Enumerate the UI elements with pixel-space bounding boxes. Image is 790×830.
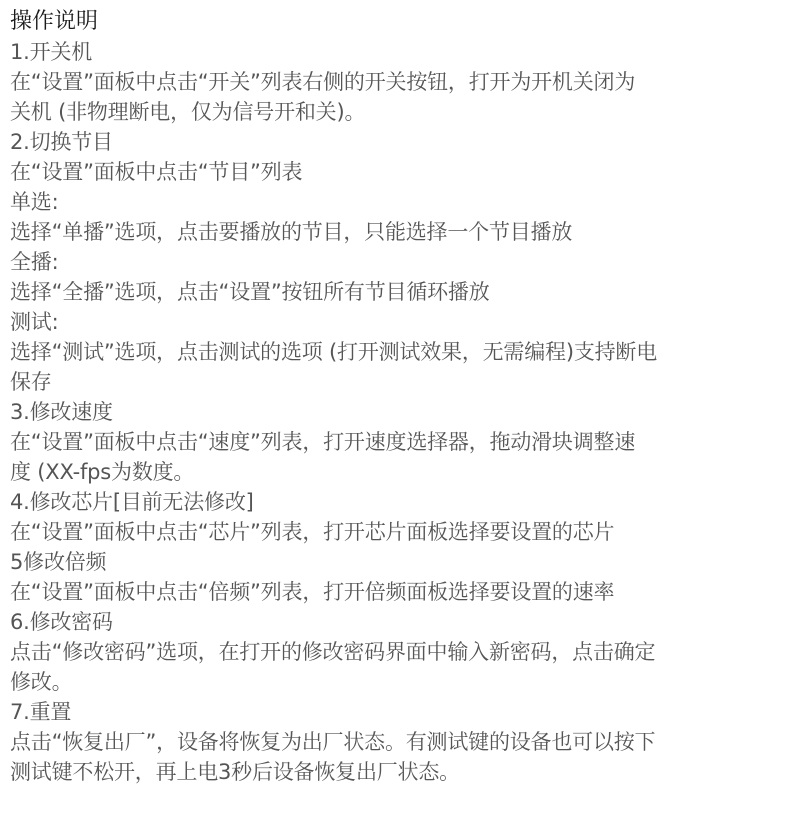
section-heading: 4.修改芯片[目前无法修改] bbox=[10, 487, 785, 517]
section-heading: 6.修改密码 bbox=[10, 607, 785, 637]
section-text: 在“设置”面板中点击“速度”列表，打开速度选择器，拖动滑块调整速 bbox=[10, 427, 785, 457]
section-text: 度 (XX-fps为数度。 bbox=[10, 457, 785, 487]
section-text: 修改。 bbox=[10, 667, 785, 697]
section-text: 选择“测试”选项，点击测试的选项 (打开测试效果，无需编程)支持断电 bbox=[10, 337, 785, 367]
section-text: 选择“全播”选项，点击“设置”按钮所有节目循环播放 bbox=[10, 277, 785, 307]
section-text: 保存 bbox=[10, 367, 785, 397]
section-heading: 3.修改速度 bbox=[10, 397, 785, 427]
section-heading: 5修改倍频 bbox=[10, 547, 785, 577]
section-text: 在“设置”面板中点击“倍频”列表，打开倍频面板选择要设置的速率 bbox=[10, 577, 785, 607]
section-text: 在“设置”面板中点击“芯片”列表，打开芯片面板选择要设置的芯片 bbox=[10, 517, 785, 547]
section-text: 测试: bbox=[10, 307, 785, 337]
section-change-speed: 3.修改速度 在“设置”面板中点击“速度”列表，打开速度选择器，拖动滑块调整速 … bbox=[10, 397, 785, 487]
section-text: 单选: bbox=[10, 187, 785, 217]
section-heading: 2.切换节目 bbox=[10, 127, 785, 157]
document-title: 操作说明 bbox=[10, 7, 785, 37]
section-text: 选择“单播”选项，点击要播放的节目，只能选择一个节目播放 bbox=[10, 217, 785, 247]
section-change-password: 6.修改密码 点击“修改密码”选项，在打开的修改密码界面中输入新密码，点击确定 … bbox=[10, 607, 785, 697]
section-text: 在“设置”面板中点击“节目”列表 bbox=[10, 157, 785, 187]
section-text: 点击“恢复出厂”，设备将恢复为出厂状态。有测试键的设备也可以按下 bbox=[10, 727, 785, 757]
section-text: 全播: bbox=[10, 247, 785, 277]
section-heading: 7.重置 bbox=[10, 697, 785, 727]
section-text: 测试键不松开，再上电3秒后设备恢复出厂状态。 bbox=[10, 757, 785, 787]
section-change-frequency: 5修改倍频 在“设置”面板中点击“倍频”列表，打开倍频面板选择要设置的速率 bbox=[10, 547, 785, 607]
section-text: 在“设置”面板中点击“开关”列表右侧的开关按钮，打开为开机关闭为 bbox=[10, 67, 785, 97]
instructions-document: 操作说明 1.开关机 在“设置”面板中点击“开关”列表右侧的开关按钮，打开为开机… bbox=[10, 7, 785, 787]
section-text: 点击“修改密码”选项，在打开的修改密码界面中输入新密码，点击确定 bbox=[10, 637, 785, 667]
section-text: 关机 (非物理断电，仅为信号开和关)。 bbox=[10, 97, 785, 127]
section-change-chip: 4.修改芯片[目前无法修改] 在“设置”面板中点击“芯片”列表，打开芯片面板选择… bbox=[10, 487, 785, 547]
section-power: 1.开关机 在“设置”面板中点击“开关”列表右侧的开关按钮，打开为开机关闭为 关… bbox=[10, 37, 785, 127]
section-switch-program: 2.切换节目 在“设置”面板中点击“节目”列表 单选: 选择“单播”选项，点击要… bbox=[10, 127, 785, 397]
section-heading: 1.开关机 bbox=[10, 37, 785, 67]
section-reset: 7.重置 点击“恢复出厂”，设备将恢复为出厂状态。有测试键的设备也可以按下 测试… bbox=[10, 697, 785, 787]
